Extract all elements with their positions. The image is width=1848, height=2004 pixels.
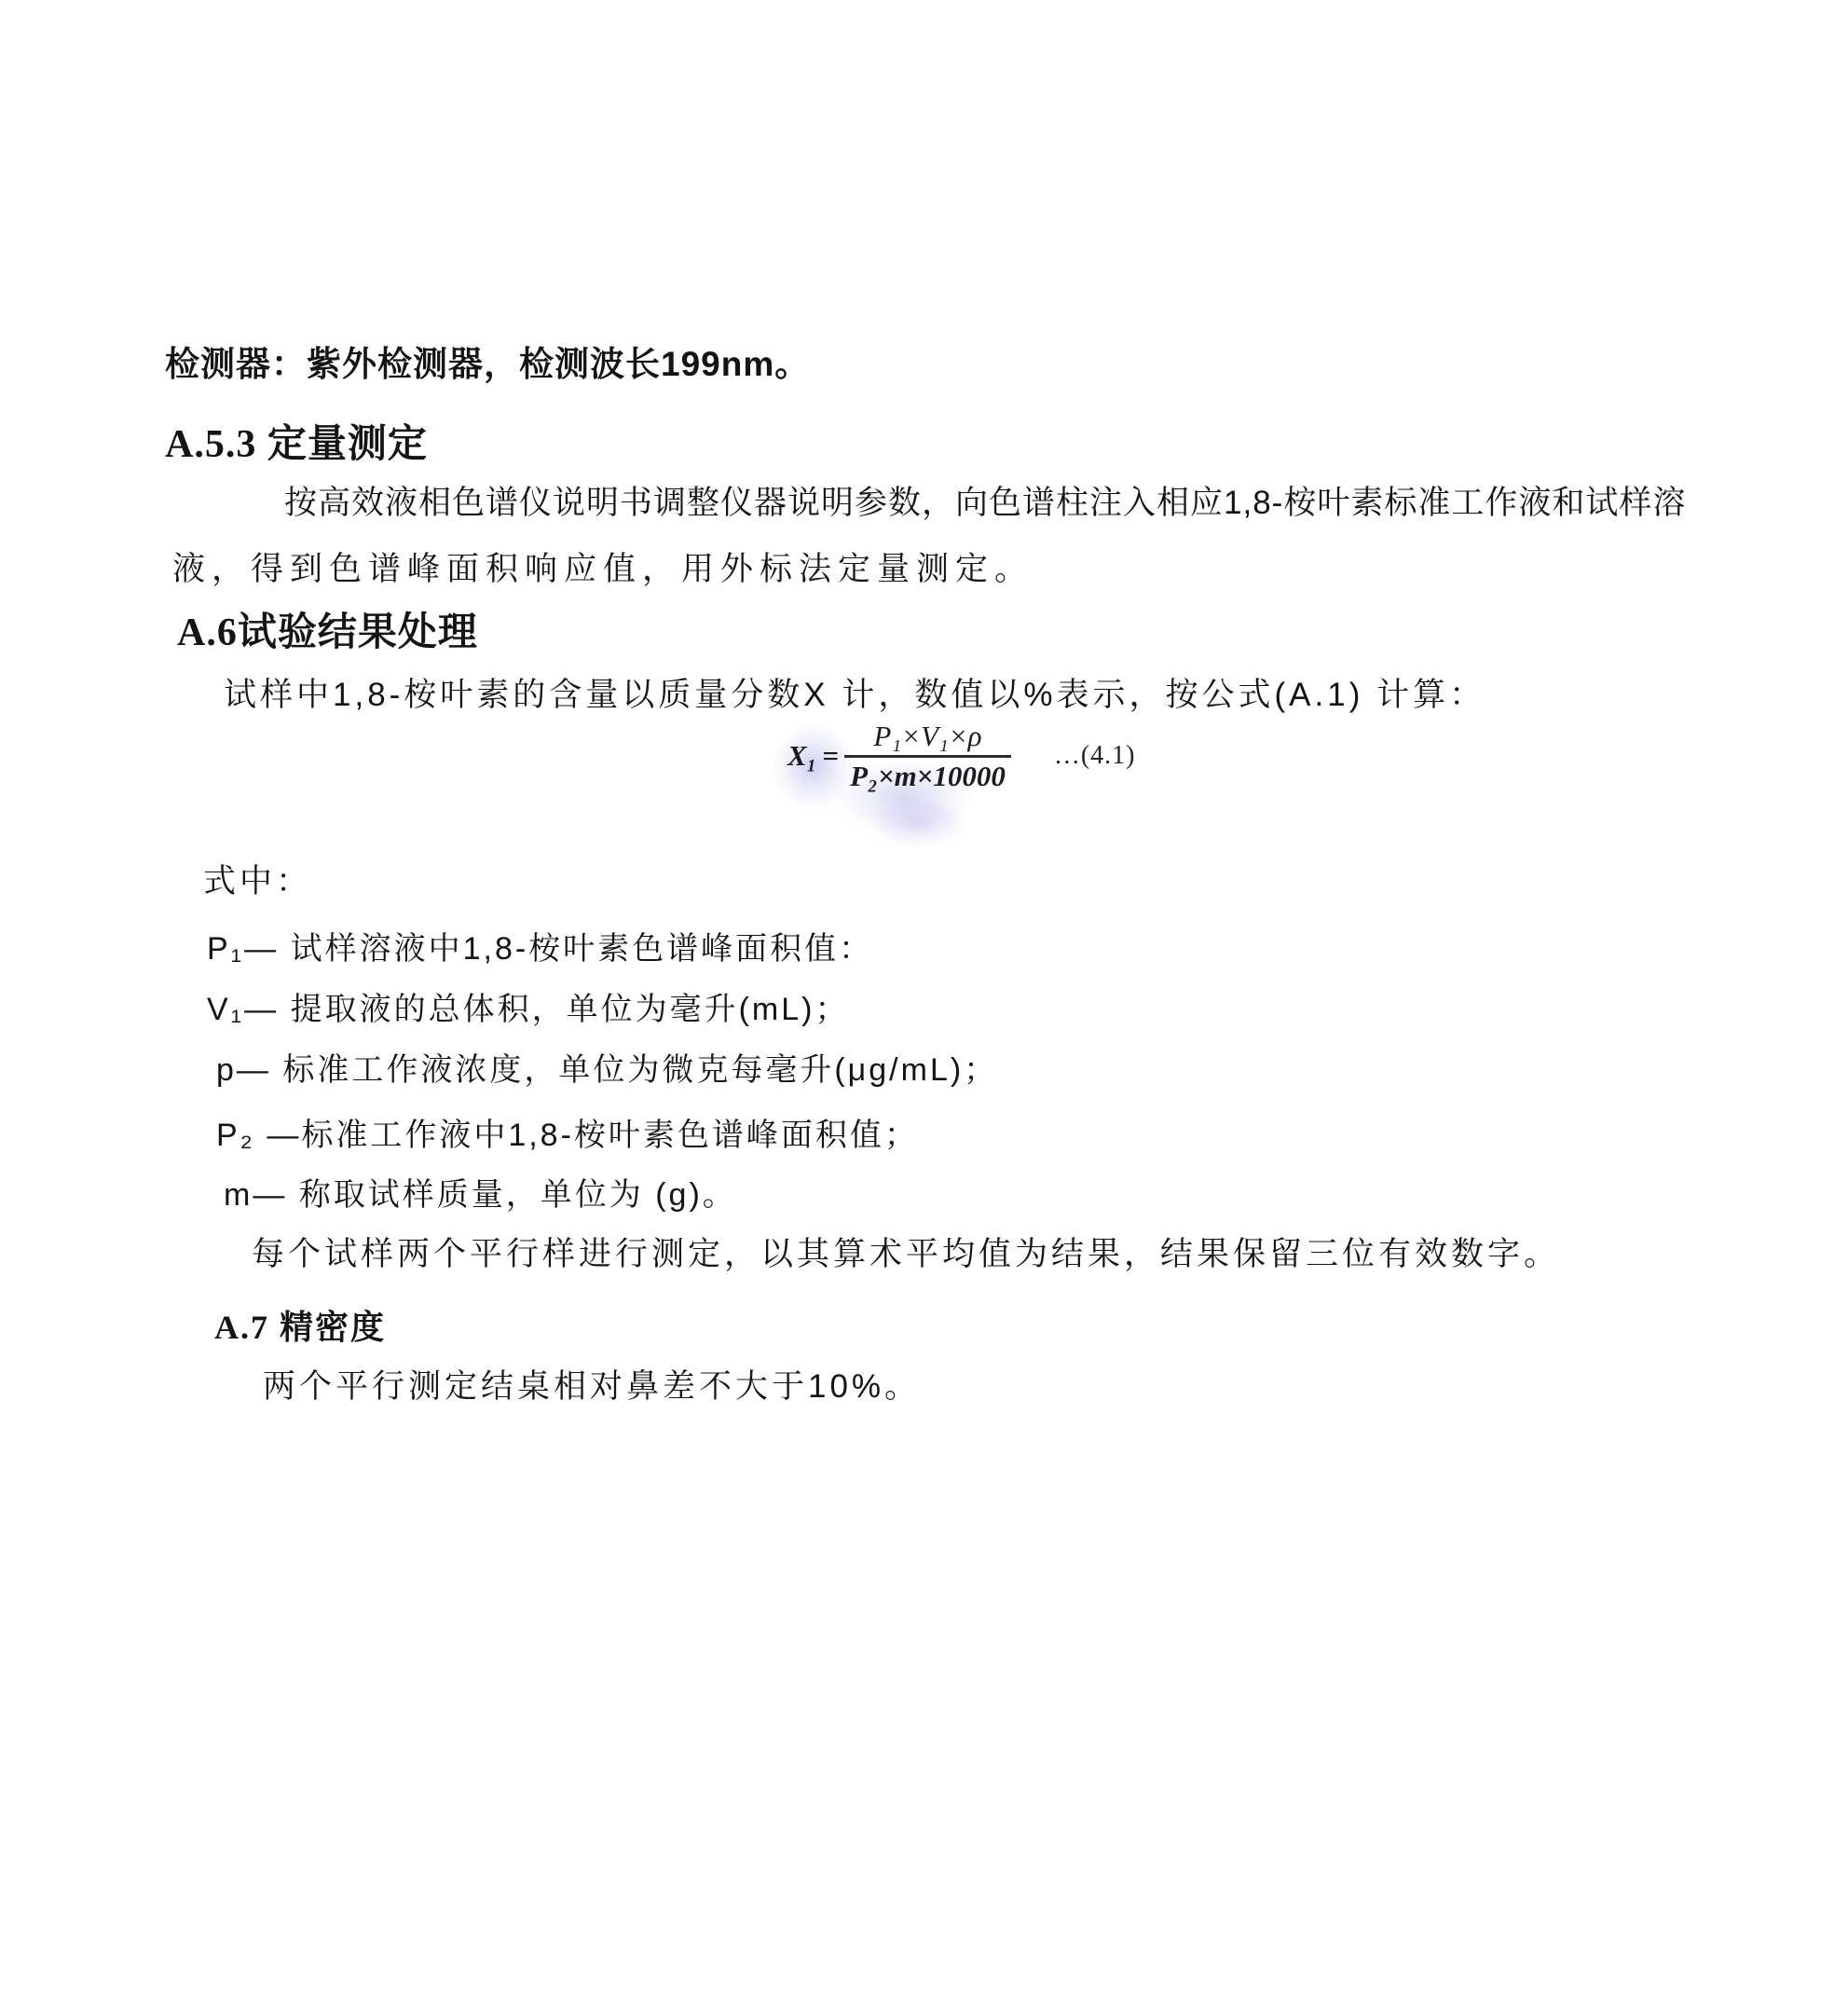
document-page: 检测器：紫外检测器，检测波长199nm。 A.5.3 定量测定 按高效液相色谱仪…	[0, 0, 1848, 2004]
formula-fraction: P₁×V₁×ρ P₂×m×10000	[844, 720, 1011, 792]
definition-v1: V₁— 提取液的总体积，单位为毫升(mL)；	[207, 983, 849, 1029]
where-label: 式中：	[203, 856, 312, 902]
definition-rho: p— 标准工作液浓度，单位为微克每毫升(μg/mL)；	[216, 1044, 998, 1090]
heading-a7: A.7 精密度	[214, 1301, 386, 1349]
definition-p1: P₁— 试样溶液中1,8-桉叶素色谱峰面积值：	[207, 923, 873, 968]
formula-equals: =	[822, 739, 839, 773]
definition-m: m— 称取试样质量，单位为 (g)。	[224, 1169, 737, 1215]
formula-lhs: X₁	[787, 739, 816, 773]
formula-eq-number: …(4.1)	[1054, 741, 1136, 771]
definition-p2: P₂ —标准工作液中1,8-桉叶素色谱峰面积值；	[216, 1109, 919, 1155]
formula-a1: X₁ = P₁×V₁×ρ P₂×m×10000 …(4.1)	[787, 720, 1136, 792]
heading-a53: A.5.3 定量测定	[165, 413, 428, 469]
detector-line: 检测器：紫外检测器，检测波长199nm。	[165, 336, 810, 386]
heading-a6: A.6试验结果处理	[177, 601, 478, 657]
para3: 每个试样两个平行样进行测定，以其算术平均值为结果，结果保留三位有效数字。	[252, 1228, 1560, 1275]
para2: 试样中1,8-桉叶素的含量以质量分数X 计，数值以%表示，按公式(A.1) 计算…	[224, 669, 1485, 716]
scan-smudge	[867, 797, 969, 848]
para4: 两个平行测定结桌相对鼻差不大于10%。	[263, 1361, 921, 1407]
formula-numerator: P₁×V₁×ρ	[860, 720, 994, 755]
para1-line1: 按高效液相色谱仪说明书调整仪器说明参数，向色谱柱注入相应1,8-桉叶素标准工作液…	[284, 477, 1686, 524]
para1-line2: 液，得到色谱峰面积响应值，用外标法定量测定。	[172, 543, 1034, 590]
formula-denominator: P₂×m×10000	[844, 755, 1011, 793]
